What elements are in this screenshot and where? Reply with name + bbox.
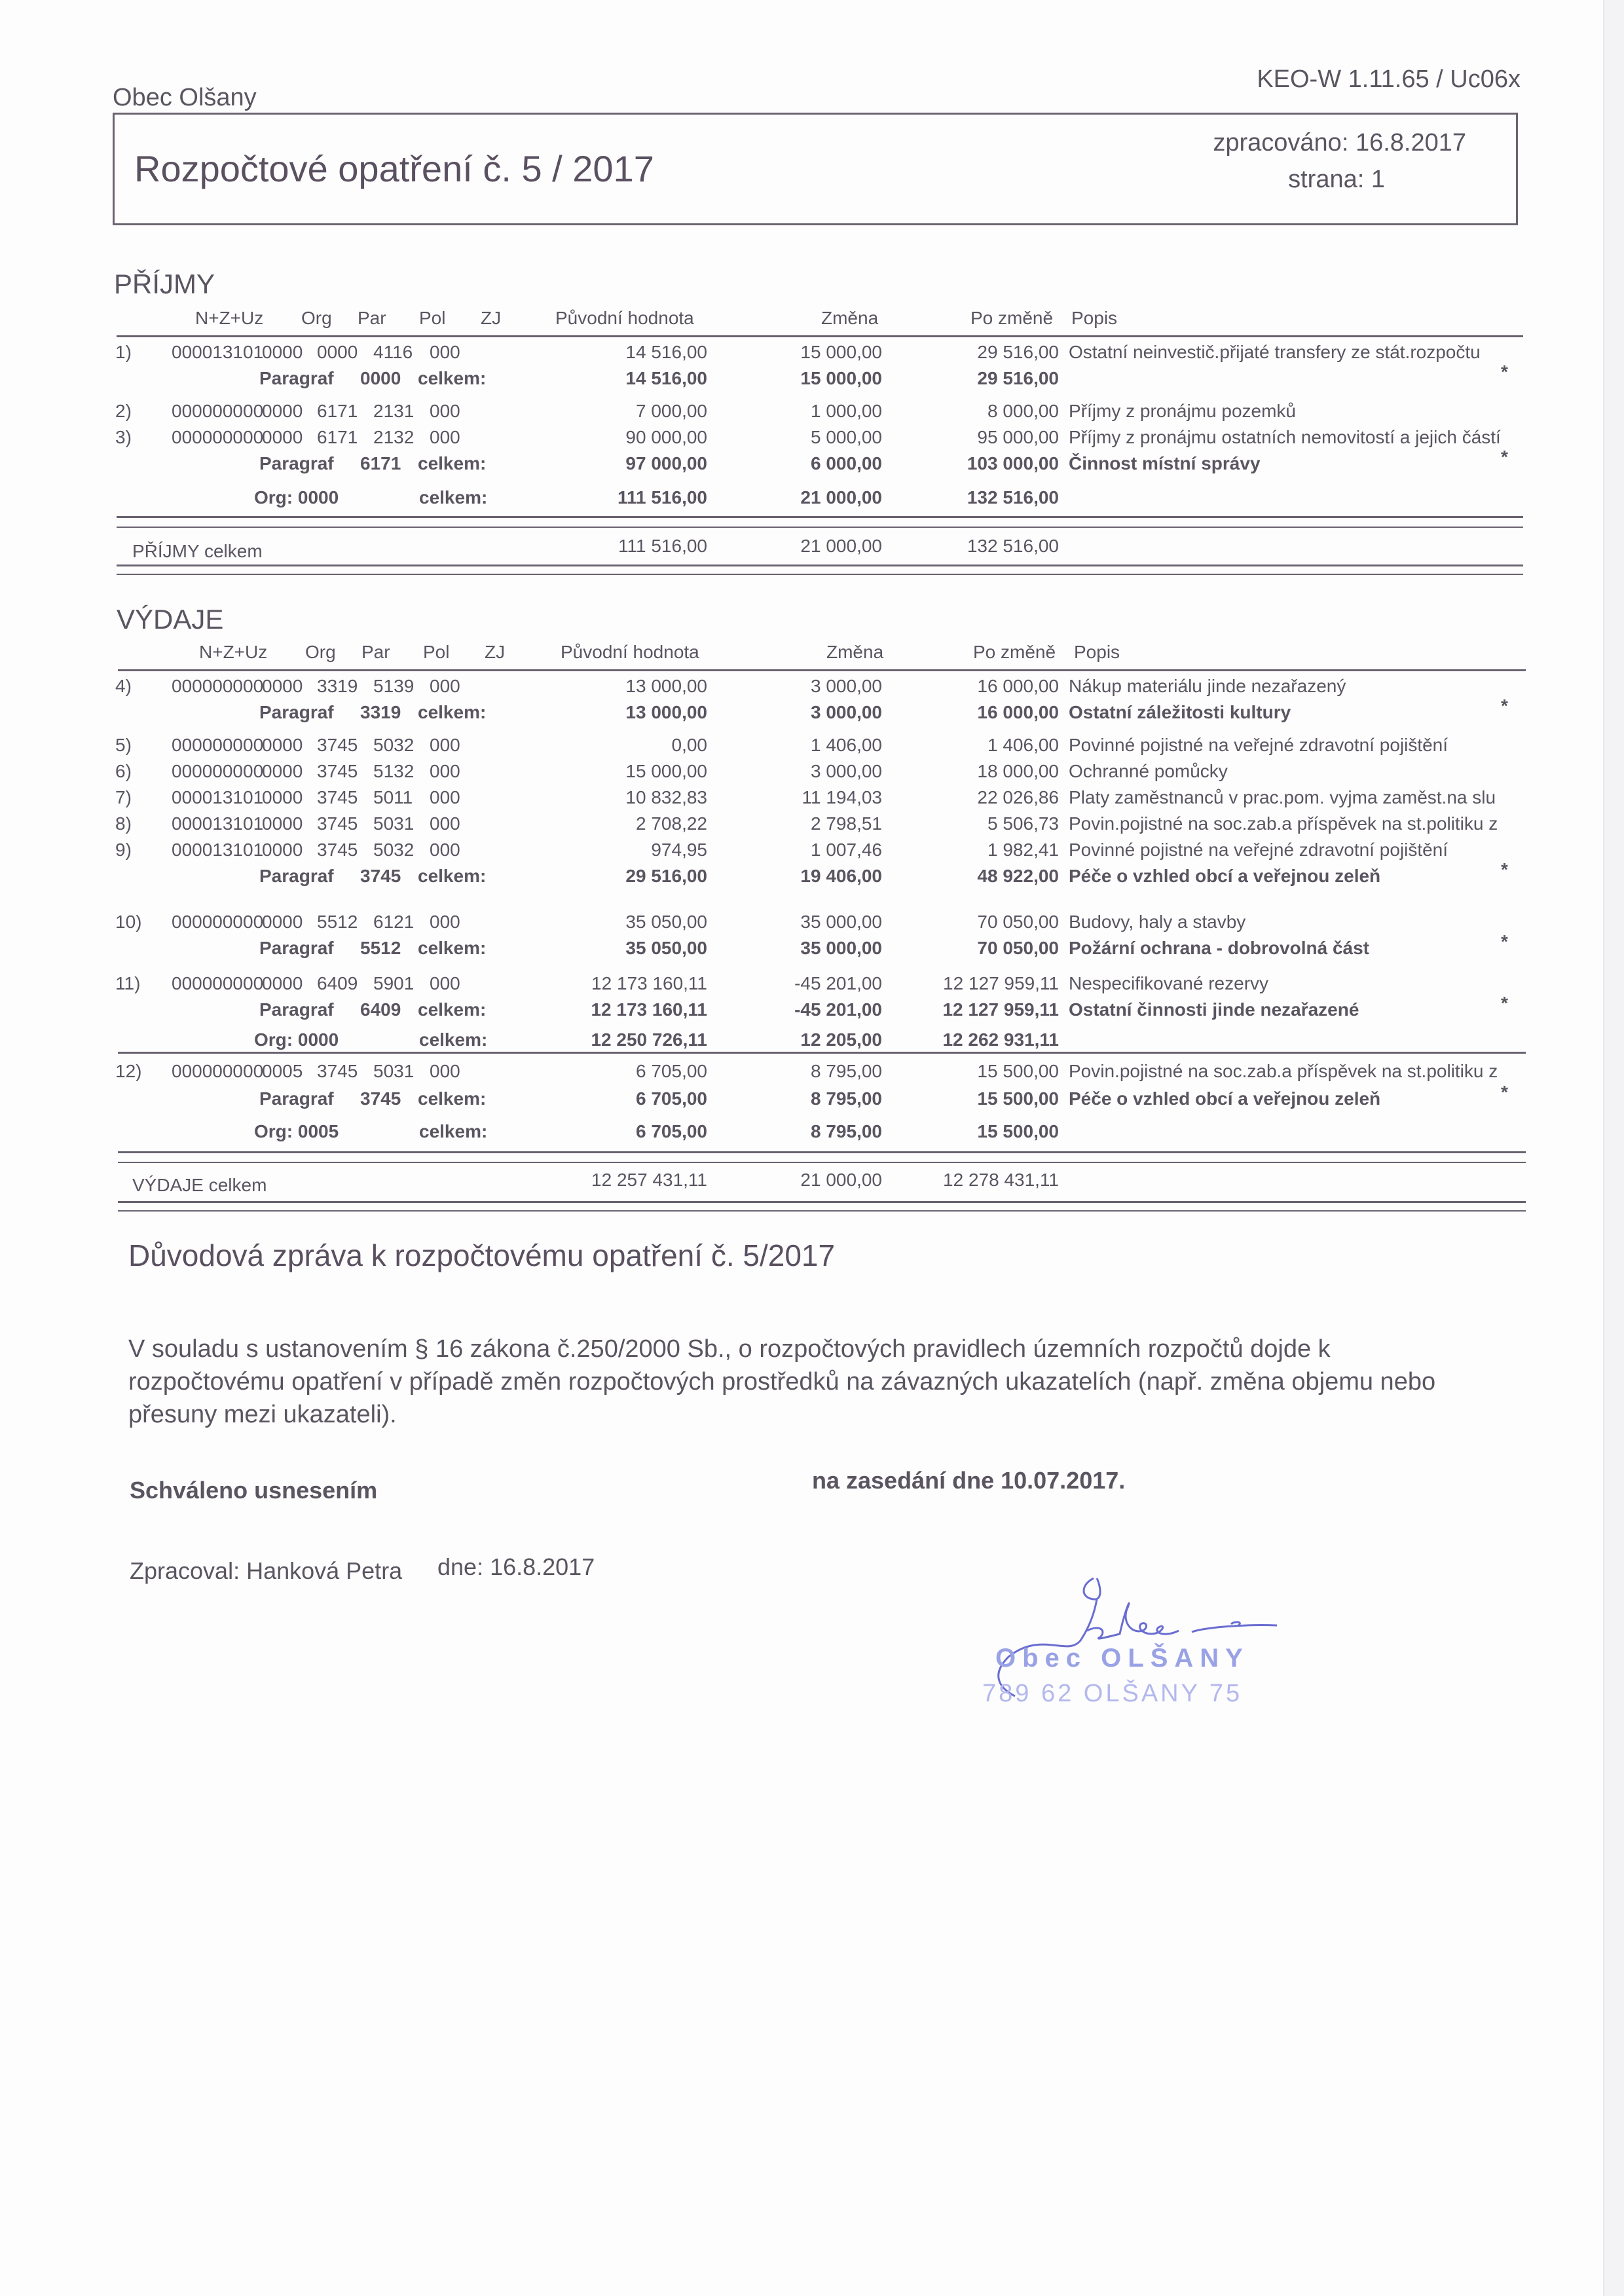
cell-nzu: 000000000 (172, 761, 263, 782)
cell-original: 35 050,00 (625, 912, 707, 933)
document-title: Rozpočtové opatření č. 5 / 2017 (134, 147, 654, 190)
cell-original: 6 705,00 (636, 1061, 707, 1082)
cell-pol: 6121 (373, 912, 414, 933)
divider-rule (117, 574, 1523, 575)
cell-change: -45 201,00 (794, 973, 882, 994)
col-nzu: N+Z+Uz (195, 308, 263, 329)
cell-par: 3745 (317, 1061, 358, 1082)
paragraf-code: 6409 (360, 999, 401, 1020)
cell-after: 29 516,00 (977, 368, 1059, 389)
cell-after: 12 262 931,11 (942, 1029, 1059, 1050)
row-index: 2) (115, 401, 132, 422)
cell-org: 0000 (262, 973, 303, 994)
cell-after: 1 982,41 (987, 840, 1059, 861)
row-index: 6) (115, 761, 132, 782)
cell-pol: 5011 (373, 787, 413, 808)
col-org: Org (305, 642, 336, 663)
cell-org: 0000 (262, 735, 303, 756)
divider-rule (117, 516, 1523, 518)
cell-par: 0000 (317, 342, 358, 363)
cell-after: 8 000,00 (987, 401, 1059, 422)
cell-original: 12 257 431,11 (591, 1170, 707, 1191)
section-total-label: PŘÍJMY celkem (132, 541, 263, 562)
cell-description: Platy zaměstnanců v prac.pom. vyjma zamě… (1069, 787, 1496, 808)
col-original: Původní hodnota (561, 642, 699, 663)
cell-change: 15 000,00 (800, 368, 882, 389)
col-description: Popis (1071, 308, 1117, 329)
paragraf-total-row: Paragraf3745celkem:6 705,008 795,0015 50… (0, 1088, 1624, 1115)
cell-after: 16 000,00 (977, 702, 1059, 723)
cell-original: 90 000,00 (625, 427, 707, 448)
star-marker: * (1501, 447, 1508, 468)
cell-description: Povinné pojistné na veřejné zdravotní po… (1069, 840, 1448, 861)
paragraf-total-row: Paragraf6171celkem:97 000,006 000,00103 … (0, 453, 1624, 479)
cell-par: 3745 (317, 735, 358, 756)
report-heading: Důvodová zpráva k rozpočtovému opatření … (128, 1238, 835, 1273)
paragraf-code: 3745 (360, 1088, 401, 1109)
cell-change: 11 194,03 (802, 787, 883, 808)
celkem-label: celkem: (419, 487, 487, 508)
cell-original: 12 173 160,11 (591, 999, 707, 1020)
section-total-label: VÝDAJE celkem (132, 1175, 267, 1196)
cell-change: 5 000,00 (811, 427, 882, 448)
cell-org: 0000 (262, 676, 303, 697)
cell-nzu: 000013101 (172, 342, 263, 363)
cell-description: Ostatní neinvestič.přijaté transfery ze … (1069, 342, 1481, 363)
cell-pol: 5132 (373, 761, 414, 782)
cell-description: Péče o vzhled obcí a veřejnou zeleň (1069, 1088, 1380, 1109)
paragraf-total-row: Paragraf6409celkem:12 173 160,11-45 201,… (0, 999, 1624, 1026)
row-index: 11) (115, 973, 140, 994)
page-number: strana: 1 (1288, 166, 1385, 194)
cell-par: 3319 (317, 676, 358, 697)
cell-nzu: 000013101 (172, 840, 263, 861)
cell-description: Příjmy z pronájmu ostatních nemovitostí … (1069, 427, 1501, 448)
divider-rule (118, 1052, 1526, 1054)
vydaje-section-title: VÝDAJE (117, 604, 223, 635)
cell-nzu: 000000000 (172, 735, 263, 756)
cell-pol: 5031 (373, 1061, 414, 1082)
cell-pol: 2131 (373, 401, 414, 422)
stamp-line1: Obec OLŠANY (995, 1644, 1249, 1673)
cell-org: 0000 (262, 787, 303, 808)
cell-change: 1 406,00 (811, 735, 882, 756)
table-row: 9)000013101000037455032000974,951 007,46… (0, 840, 1624, 866)
cell-after: 1 406,00 (987, 735, 1059, 756)
cell-original: 12 173 160,11 (591, 973, 707, 994)
cell-par: 3745 (317, 840, 358, 861)
paragraf-label: Paragraf (259, 938, 334, 959)
paragraf-label: Paragraf (259, 866, 334, 887)
cell-nzu: 000000000 (172, 676, 263, 697)
divider-rule (117, 527, 1523, 528)
cell-description: Ochranné pomůcky (1069, 761, 1228, 782)
cell-description: Péče o vzhled obcí a veřejnou zeleň (1069, 866, 1380, 887)
processed-value: 16.8.2017 (1356, 129, 1466, 157)
page-value: 1 (1371, 166, 1385, 193)
cell-after: 15 500,00 (977, 1088, 1059, 1109)
row-index: 12) (115, 1061, 141, 1082)
cell-change: 3 000,00 (811, 761, 882, 782)
cell-after: 29 516,00 (977, 342, 1059, 363)
cell-description: Povin.pojistné na soc.zab.a příspěvek na… (1069, 1061, 1498, 1082)
cell-org: 0000 (262, 342, 303, 363)
table-row: 12)0000000000005374550310006 705,008 795… (0, 1061, 1624, 1087)
org-label: Org: 0000 (254, 487, 339, 508)
cell-after: 70 050,00 (977, 912, 1059, 933)
celkem-label: celkem: (418, 453, 486, 474)
table-row: 10)00000000000005512612100035 050,0035 0… (0, 912, 1624, 938)
cell-par: 6171 (317, 401, 358, 422)
prepared-by: Zpracoval: Hanková Petra (130, 1557, 402, 1585)
cell-original: 97 000,00 (625, 453, 707, 474)
cell-zj: 000 (430, 1061, 460, 1082)
cell-org: 0000 (262, 427, 303, 448)
col-org: Org (301, 308, 332, 329)
cell-nzu: 000000000 (172, 1061, 263, 1082)
row-index: 1) (115, 342, 132, 363)
cell-zj: 000 (430, 735, 460, 756)
table-row: 3)00000000000006171213200090 000,005 000… (0, 427, 1624, 453)
section-total-row: PŘÍJMY celkem111 516,0021 000,00132 516,… (0, 536, 1624, 562)
prepared-date: dne: 16.8.2017 (437, 1553, 595, 1581)
software-version: KEO-W 1.11.65 / Uc06x (1257, 65, 1521, 94)
cell-after: 103 000,00 (967, 453, 1059, 474)
cell-change: 35 000,00 (800, 912, 882, 933)
cell-original: 14 516,00 (625, 342, 707, 363)
cell-org: 0005 (262, 1061, 303, 1082)
prijmy-section-title: PŘÍJMY (114, 268, 215, 300)
paragraf-total-row: Paragraf5512celkem:35 050,0035 000,0070 … (0, 938, 1624, 964)
cell-zj: 000 (430, 813, 460, 834)
cell-description: Ostatní činnosti jinde nezařazené (1069, 999, 1359, 1020)
cell-after: 18 000,00 (977, 761, 1059, 782)
cell-change: 2 798,51 (811, 813, 882, 834)
table-row: 5)0000000000000374550320000,001 406,001 … (0, 735, 1624, 761)
cell-original: 974,95 (651, 840, 707, 861)
row-index: 10) (115, 912, 141, 933)
cell-original: 29 516,00 (625, 866, 707, 887)
cell-after: 48 922,00 (977, 866, 1059, 887)
cell-description: Povin.pojistné na soc.zab.a příspěvek na… (1069, 813, 1498, 834)
col-zj: ZJ (485, 642, 505, 663)
header-rule (118, 669, 1526, 671)
cell-description: Činnost místní správy (1069, 453, 1261, 474)
cell-change: 21 000,00 (800, 487, 882, 508)
divider-rule (118, 1151, 1526, 1153)
cell-change: 6 000,00 (811, 453, 882, 474)
row-index: 4) (115, 676, 132, 697)
celkem-label: celkem: (418, 938, 486, 959)
cell-original: 6 705,00 (636, 1121, 707, 1142)
col-pol: Pol (423, 642, 449, 663)
table-row: 11)00000000000006409590100012 173 160,11… (0, 973, 1624, 999)
cell-original: 10 832,83 (625, 787, 707, 808)
row-index: 8) (115, 813, 132, 834)
approved-label: Schváleno usnesením (130, 1477, 377, 1504)
col-original: Původní hodnota (555, 308, 694, 329)
org-total-row: Org: 0005celkem:6 705,008 795,0015 500,0… (0, 1121, 1624, 1147)
cell-original: 6 705,00 (636, 1088, 707, 1109)
row-index: 3) (115, 427, 132, 448)
paragraf-label: Paragraf (259, 702, 334, 723)
cell-zj: 000 (430, 787, 460, 808)
stamp-line2: 789 62 OLŠANY 75 (982, 1680, 1242, 1708)
cell-org: 0000 (262, 401, 303, 422)
cell-change: 3 000,00 (811, 702, 882, 723)
cell-pol: 5031 (373, 813, 414, 834)
cell-after: 16 000,00 (977, 676, 1059, 697)
star-marker: * (1501, 931, 1508, 952)
celkem-label: celkem: (418, 368, 486, 389)
cell-description: Požární ochrana - dobrovolná část (1069, 938, 1369, 959)
header-rule (117, 335, 1523, 337)
cell-zj: 000 (430, 401, 460, 422)
cell-zj: 000 (430, 427, 460, 448)
celkem-label: celkem: (419, 1029, 487, 1050)
cell-par: 3745 (317, 787, 358, 808)
cell-change: 15 000,00 (800, 342, 882, 363)
paragraf-code: 6171 (360, 453, 401, 474)
cell-par: 3745 (317, 761, 358, 782)
star-marker: * (1501, 361, 1508, 382)
cell-org: 0000 (262, 840, 303, 861)
cell-change: 19 406,00 (800, 866, 882, 887)
paragraf-total-row: Paragraf3745celkem:29 516,0019 406,0048 … (0, 866, 1624, 892)
cell-original: 15 000,00 (625, 761, 707, 782)
col-change: Změna (826, 642, 883, 663)
cell-nzu: 000013101 (172, 813, 263, 834)
title-box: Rozpočtové opatření č. 5 / 2017 zpracová… (113, 113, 1518, 225)
cell-original: 111 516,00 (618, 487, 707, 508)
meeting-date: na zasedání dne 10.07.2017. (812, 1467, 1125, 1494)
cell-original: 2 708,22 (636, 813, 707, 834)
cell-change: 21 000,00 (800, 536, 882, 557)
star-marker: * (1501, 859, 1508, 880)
divider-rule (118, 1210, 1526, 1212)
cell-description: Povinné pojistné na veřejné zdravotní po… (1069, 735, 1448, 756)
cell-after: 132 516,00 (967, 536, 1059, 557)
cell-org: 0000 (262, 813, 303, 834)
cell-change: 35 000,00 (800, 938, 882, 959)
col-par: Par (361, 642, 390, 663)
cell-after: 12 127 959,11 (942, 999, 1059, 1020)
report-paragraph: V souladu s ustanovením § 16 zákona č.25… (128, 1333, 1471, 1431)
col-nzu: N+Z+Uz (199, 642, 267, 663)
cell-after: 95 000,00 (977, 427, 1059, 448)
table-row: 7)00001310100003745501100010 832,8311 19… (0, 787, 1624, 813)
cell-zj: 000 (430, 761, 460, 782)
col-change: Změna (821, 308, 878, 329)
cell-zj: 000 (430, 342, 460, 363)
cell-nzu: 000000000 (172, 912, 263, 933)
cell-original: 14 516,00 (625, 368, 707, 389)
col-after: Po změně (970, 308, 1053, 329)
cell-change: 1 007,46 (811, 840, 882, 861)
cell-description: Nákup materiálu jinde nezařazený (1069, 676, 1346, 697)
table-row: 4)00000000000003319513900013 000,003 000… (0, 676, 1624, 702)
cell-original: 111 516,00 (618, 536, 707, 557)
cell-original: 12 250 726,11 (591, 1029, 707, 1050)
cell-change: -45 201,00 (794, 999, 882, 1020)
cell-par: 6171 (317, 427, 358, 448)
cell-change: 8 795,00 (811, 1061, 882, 1082)
paragraf-label: Paragraf (259, 453, 334, 474)
cell-original: 13 000,00 (625, 676, 707, 697)
cell-description: Nespecifikované rezervy (1069, 973, 1268, 994)
cell-after: 12 278 431,11 (943, 1170, 1059, 1191)
cell-zj: 000 (430, 912, 460, 933)
celkem-label: celkem: (418, 999, 486, 1020)
cell-nzu: 000000000 (172, 973, 263, 994)
cell-change: 8 795,00 (811, 1088, 882, 1109)
col-pol: Pol (419, 308, 445, 329)
org-label: Org: 0000 (254, 1029, 339, 1050)
col-after: Po změně (973, 642, 1056, 663)
celkem-label: celkem: (418, 1088, 486, 1109)
processed-label: zpracováno: (1213, 129, 1348, 157)
cell-pol: 5139 (373, 676, 414, 697)
divider-rule (118, 1201, 1526, 1203)
paragraf-label: Paragraf (259, 368, 334, 389)
cell-zj: 000 (430, 973, 460, 994)
org-total-row: Org: 0000celkem:111 516,0021 000,00132 5… (0, 487, 1624, 513)
paragraf-total-row: Paragraf0000celkem:14 516,0015 000,0029 … (0, 368, 1624, 394)
cell-change: 8 795,00 (811, 1121, 882, 1142)
cell-original: 35 050,00 (625, 938, 707, 959)
paragraf-total-row: Paragraf3319celkem:13 000,003 000,0016 0… (0, 702, 1624, 728)
cell-nzu: 000013101 (172, 787, 263, 808)
cell-change: 21 000,00 (800, 1170, 882, 1191)
cell-original: 7 000,00 (636, 401, 707, 422)
cell-pol: 5032 (373, 735, 414, 756)
celkem-label: celkem: (419, 1121, 487, 1142)
celkem-label: celkem: (418, 866, 486, 887)
cell-description: Budovy, haly a stavby (1069, 912, 1246, 933)
cell-pol: 5032 (373, 840, 414, 861)
page-label: strana: (1288, 166, 1364, 193)
cell-description: Ostatní záležitosti kultury (1069, 702, 1291, 723)
section-total-row: VÝDAJE celkem12 257 431,1121 000,0012 27… (0, 1170, 1624, 1196)
prijmy-column-headers: N+Z+Uz Org Par Pol ZJ Původní hodnota Zm… (0, 308, 1624, 334)
cell-original: 13 000,00 (625, 702, 707, 723)
divider-rule (117, 565, 1523, 566)
cell-zj: 000 (430, 840, 460, 861)
row-index: 5) (115, 735, 132, 756)
star-marker: * (1501, 1082, 1508, 1103)
paragraf-code: 5512 (360, 938, 401, 959)
cell-pol: 2132 (373, 427, 414, 448)
table-row: 8)0000131010000374550310002 708,222 798,… (0, 813, 1624, 840)
cell-change: 3 000,00 (811, 676, 882, 697)
signature-stamp: Obec OLŠANY 789 62 OLŠANY 75 (969, 1559, 1362, 1755)
paragraf-label: Paragraf (259, 999, 334, 1020)
col-zj: ZJ (481, 308, 501, 329)
cell-after: 70 050,00 (977, 938, 1059, 959)
cell-nzu: 000000000 (172, 401, 263, 422)
paragraf-code: 3319 (360, 702, 401, 723)
cell-description: Příjmy z pronájmu pozemků (1069, 401, 1296, 422)
paragraf-code: 0000 (360, 368, 401, 389)
cell-after: 22 026,86 (977, 787, 1059, 808)
cell-zj: 000 (430, 676, 460, 697)
cell-org: 0000 (262, 912, 303, 933)
municipality-name: Obec Olšany (113, 84, 257, 112)
col-par: Par (358, 308, 386, 329)
processed-date: zpracováno: 16.8.2017 (1213, 129, 1466, 157)
cell-org: 0000 (262, 761, 303, 782)
org-label: Org: 0005 (254, 1121, 339, 1142)
cell-par: 3745 (317, 813, 358, 834)
star-marker: * (1501, 993, 1508, 1014)
cell-after: 5 506,73 (987, 813, 1059, 834)
cell-after: 12 127 959,11 (943, 973, 1059, 994)
cell-original: 0,00 (672, 735, 708, 756)
table-row: 6)00000000000003745513200015 000,003 000… (0, 761, 1624, 787)
cell-change: 1 000,00 (811, 401, 882, 422)
paragraf-code: 3745 (360, 866, 401, 887)
cell-after: 15 500,00 (977, 1121, 1059, 1142)
row-index: 7) (115, 787, 132, 808)
vydaje-column-headers: N+Z+Uz Org Par Pol ZJ Původní hodnota Zm… (0, 642, 1624, 668)
cell-nzu: 000000000 (172, 427, 263, 448)
celkem-label: celkem: (418, 702, 486, 723)
star-marker: * (1501, 695, 1508, 716)
row-index: 9) (115, 840, 132, 861)
paragraf-label: Paragraf (259, 1088, 334, 1109)
cell-after: 15 500,00 (977, 1061, 1059, 1082)
table-row: 2)0000000000000617121310007 000,001 000,… (0, 401, 1624, 427)
cell-pol: 5901 (373, 973, 414, 994)
cell-par: 6409 (317, 973, 358, 994)
divider-rule (118, 1162, 1526, 1163)
cell-change: 12 205,00 (800, 1029, 882, 1050)
cell-par: 5512 (317, 912, 358, 933)
cell-pol: 4116 (373, 342, 413, 363)
col-description: Popis (1074, 642, 1120, 663)
cell-after: 132 516,00 (967, 487, 1059, 508)
table-row: 1)00001310100000000411600014 516,0015 00… (0, 342, 1624, 368)
